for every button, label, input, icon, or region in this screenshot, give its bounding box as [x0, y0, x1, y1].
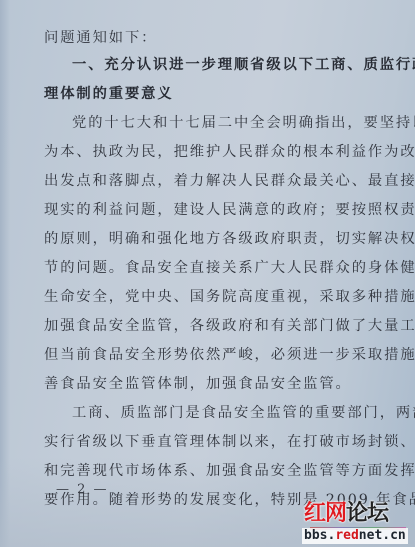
text-line: 善食品安全监管体制，加强食品安全监管。 — [44, 376, 352, 392]
text-line: 生命安全，党中央、国务院高度重视，采取多种措施不断 — [44, 289, 415, 305]
site-watermark: 红网论坛 bbs.rednet.cn — [302, 502, 412, 545]
text-line: 的原则，明确和强化地方各级政府职责，切实解决权责脱 — [44, 231, 415, 247]
watermark-url: bbs.rednet.cn — [302, 528, 408, 544]
page-number: — 2 — — [56, 482, 109, 497]
text-line: 节的问题。食品安全直接关系广大人民群众的身体健康和 — [44, 260, 415, 276]
section-heading-line: 一、充分认识进一步理顺省级以下工商、质监行政管 — [72, 57, 415, 73]
text-line: 出发点和落脚点，着力解决人民群众最关心、最直接、最 — [44, 173, 415, 189]
text-line: 加强食品安全监管，各级政府和有关部门做了大量工作。 — [44, 318, 415, 334]
text-line: 党的十七大和十七届二中全会明确指出，要坚持以人 — [72, 115, 415, 131]
text-line: 和完善现代市场体系、加强食品安全监管等方面发挥了重 — [44, 463, 415, 479]
text-line: 但当前食品安全形势依然严峻，必须进一步采取措施，完 — [44, 347, 415, 363]
text-line: 问题通知如下： — [44, 30, 157, 46]
watermark-brand-red: 红网 — [304, 501, 346, 526]
watermark-brand-dark: 论坛 — [346, 501, 388, 526]
section-heading-line: 理体制的重要意义 — [44, 86, 174, 102]
text-line: 工商、质监部门是食品安全监管的重要部门，两部门 — [72, 405, 415, 421]
text-line: 为本、执政为民，把维护人民群众的根本利益作为改革的 — [44, 144, 415, 160]
watermark-url-prefix: bbs. — [304, 528, 335, 543]
text-line: 现实的利益问题，建设人民满意的政府；要按照权责一致 — [44, 202, 415, 218]
watermark-url-red: red — [335, 528, 358, 543]
text-line: 实行省级以下垂直管理体制以来，在打破市场封锁、建立 — [44, 434, 415, 450]
watermark-logo-text: 红网论坛 — [304, 502, 388, 526]
watermark-url-suffix: net.cn — [359, 528, 406, 543]
